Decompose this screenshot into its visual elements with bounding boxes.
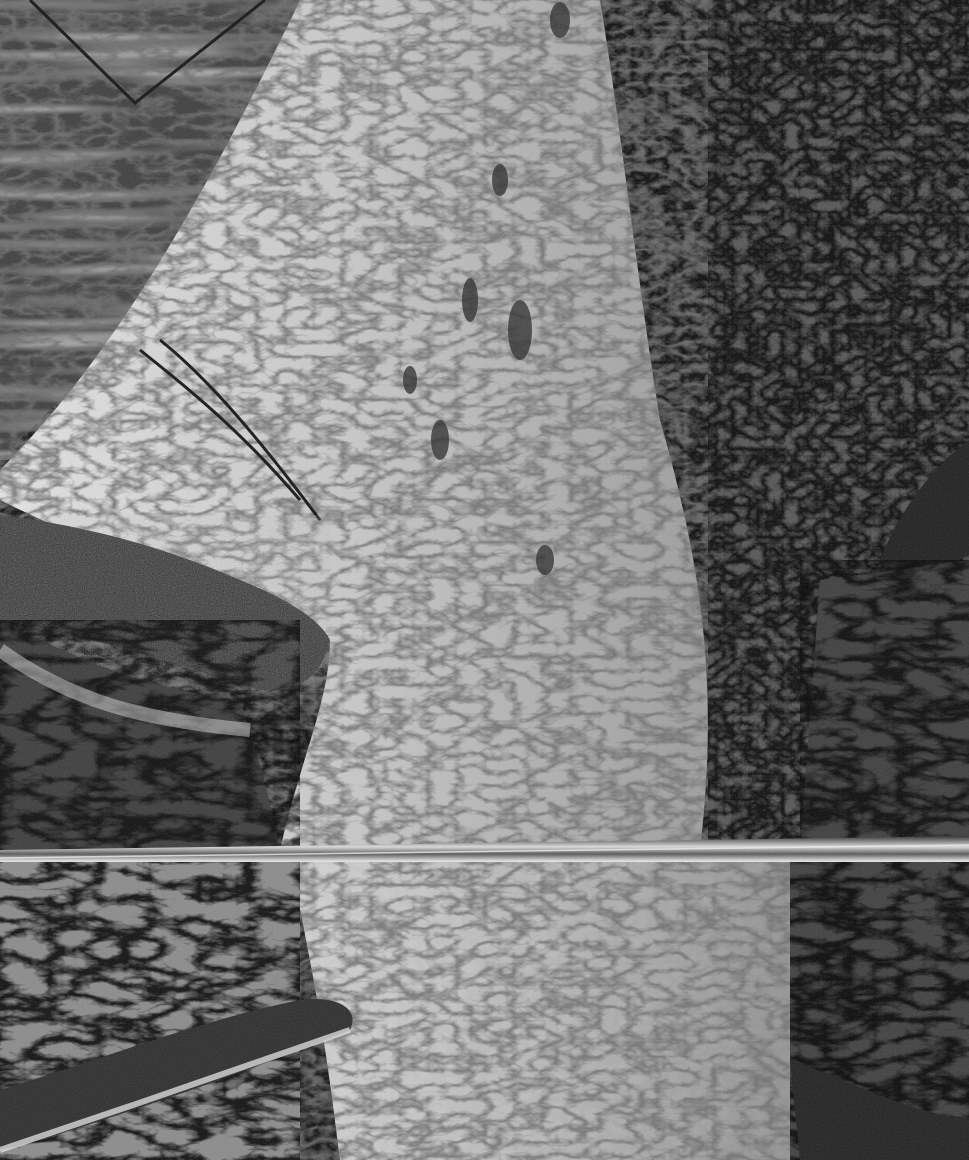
photograph: Black-and-white photograph of a sandy fo… xyxy=(0,0,969,1160)
scene-illustration xyxy=(0,0,969,1160)
